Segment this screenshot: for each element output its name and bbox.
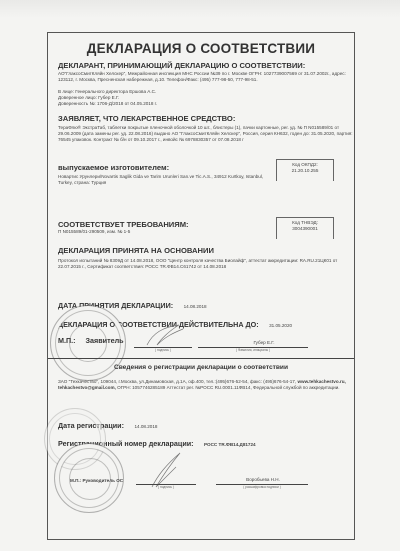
document-title: ДЕКЛАРАЦИЯ О СООТВЕТСТВИИ [48,41,354,56]
applicant-signature-scribble [143,323,188,347]
tnved-code-box: Код ТНВЭД: 3004390001 [276,217,334,239]
okpd2-value: 21.20.10.255 [277,168,333,174]
applicant-name-caption: ( Фамилия, инициалы ) [198,348,308,352]
okpd2-code-box: Код ОКПД2: 21.20.10.255 [276,159,334,181]
product-heading: ЗАЯВЛЯЕТ, ЧТО ЛЕКАРСТВЕННОЕ СРЕДСТВО: [58,114,235,123]
registration-website-link[interactable]: www.tehkachestvo.ru, [297,379,345,384]
power-of-attorney: Доверенность №: 1706-Д/2018 от 04.05.201… [58,101,157,106]
acceptance-date-value: 14.08.2018 [184,304,207,309]
tnved-value: 3004390001 [277,226,333,232]
product-text: ТераФлю® ЭкстраТаб, таблетки покрытые пл… [58,125,353,143]
registration-date-value: 14.08.2018 [134,424,157,429]
body-role: М.П.: Руководитель ОС [70,478,123,483]
manufacturer-heading: выпускаемое изготовителем: [58,163,169,172]
registration-heading: Сведения о регистрации декларации о соот… [48,364,354,371]
declarant-text: АО"ГлаксоСмитКляйн Хелскер", Межрайонная… [58,71,348,83]
registration-text-prefix: ЗАО "Техкачество", 109044, г.Москва, ул.… [58,379,296,384]
registration-text-suffix: ОГРН: 1057746285189 Аттестат рег. №РОСС … [117,385,339,390]
declarant-trustee: Доверенное лицо: Губер Е.Г. [58,95,119,100]
registration-number-value: РОСС TR.ФВ14.Д81724 [204,442,256,447]
applicant-mp-row: М.П.: Заявитель [58,336,124,345]
requirements-heading: СООТВЕТСТВУЕТ ТРЕБОВАНИЯМ: [58,220,189,229]
applicant-mp-label: М.П.: [58,336,76,345]
body-signature-caption: ( подпись ) [136,485,196,489]
applicant-role: Заявитель [86,336,124,345]
basis-heading: ДЕКЛАРАЦИЯ ПРИНЯТА НА ОСНОВАНИИ [58,246,214,255]
valid-until-value: 31.05.2020 [269,323,292,328]
applicant-name: Губер Е.Г. [224,340,304,345]
declarant-represented-by: В лице: Генерального директора Ершова А.… [58,89,156,94]
basis-text: Протокол испытаний № 8309Д от 14.08.2018… [58,258,348,270]
body-name-caption: ( расшифровка подписи ) [216,485,308,489]
declaration-document: ДЕКЛАРАЦИЯ О СООТВЕТСТВИИ ДЕКЛАРАНТ, ПРИ… [47,32,355,540]
body-signer-name: Воробьева Н.Н. [218,477,308,482]
declarant-heading: ДЕКЛАРАНТ, ПРИНИМАЮЩИЙ ДЕКЛАРАЦИЮ О СООТ… [58,61,305,70]
applicant-signature-caption: ( подпись ) [134,348,192,352]
manufacturer-text: Новартис Урунлери/Novartis Saglik Gida v… [58,174,273,186]
registration-text: ЗАО "Техкачество", 109044, г.Москва, ул.… [58,379,348,391]
requirements-text: П N015589/01-290509, изм. № 1-5 [58,229,130,234]
section-divider [48,358,354,359]
registration-email-link[interactable]: tehkachestvo@gmail.com, [58,385,116,390]
